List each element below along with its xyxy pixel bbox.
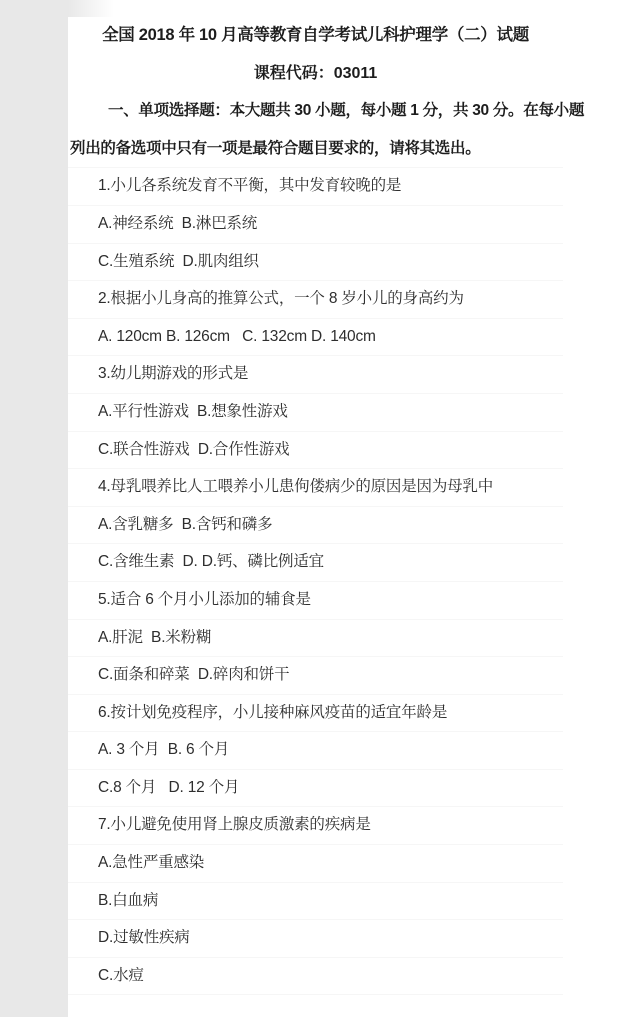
exam-page: 全国 2018 年 10 月高等教育自学考试儿科护理学（二）试题 课程代码：03… [68,17,630,1017]
option-line: A. 120cm B. 126cm C. 132cm D. 140cm [68,318,563,356]
option-line: A.平行性游戏 B.想象性游戏 [68,393,563,431]
question-stem: 4.母乳喂养比人工喂养小儿患佝偻病少的原因是因为母乳中 [68,468,563,506]
option-line: C.生殖系统 D.肌肉组织 [68,243,563,281]
question-stem: 7.小儿避免使用肾上腺皮质激素的疾病是 [68,806,563,844]
course-code: 课程代码：03011 [68,55,563,93]
exam-document: 全国 2018 年 10 月高等教育自学考试儿科护理学（二）试题 课程代码：03… [68,17,563,1017]
option-line: C.面条和碎菜 D.碎肉和饼干 [68,656,563,694]
option-line: A.肝泥 B.米粉糊 [68,619,563,657]
option-line: A.急性严重感染 [68,844,563,882]
option-line: A.神经系统 B.淋巴系统 [68,205,563,243]
option-line: D.过敏性疾病 [68,919,563,957]
questions: 1.小儿各系统发育不平衡，其中发育较晚的是A.神经系统 B.淋巴系统C.生殖系统… [68,167,563,1017]
option-line: C.含维生素 D. D.钙、磷比例适宜 [68,543,563,581]
scan-page-corner [68,0,114,17]
question-stem: 5.适合 6 个月小儿添加的辅食是 [68,581,563,619]
section-heading-line2: 列出的备选项中只有一项是最符合题目要求的，请将其选出。 [68,130,563,168]
option-line: A.含乳糖多 B.含钙和磷多 [68,506,563,544]
option-line: C.联合性游戏 D.合作性游戏 [68,431,563,469]
section-heading-line1: 一、单项选择题：本大题共 30 小题，每小题 1 分，共 30 分。在每小题 [68,92,563,130]
option-line: C.8 个月 D. 12 个月 [68,769,563,807]
question-stem: 2.根据小儿身高的推算公式，一个 8 岁小儿的身高约为 [68,280,563,318]
scan-left-margin [0,0,68,1017]
page-title: 全国 2018 年 10 月高等教育自学考试儿科护理学（二）试题 [68,17,563,55]
option-line: B.白血病 [68,882,563,920]
question-stem: 3.幼儿期游戏的形式是 [68,355,563,393]
question-stem: 1.小儿各系统发育不平衡，其中发育较晚的是 [68,167,563,205]
option-line: C.水痘 [68,957,563,995]
option-line: A. 3 个月 B. 6 个月 [68,731,563,769]
question-stem: 6.按计划免疫程序，小儿接种麻风疫苗的适宜年龄是 [68,694,563,732]
